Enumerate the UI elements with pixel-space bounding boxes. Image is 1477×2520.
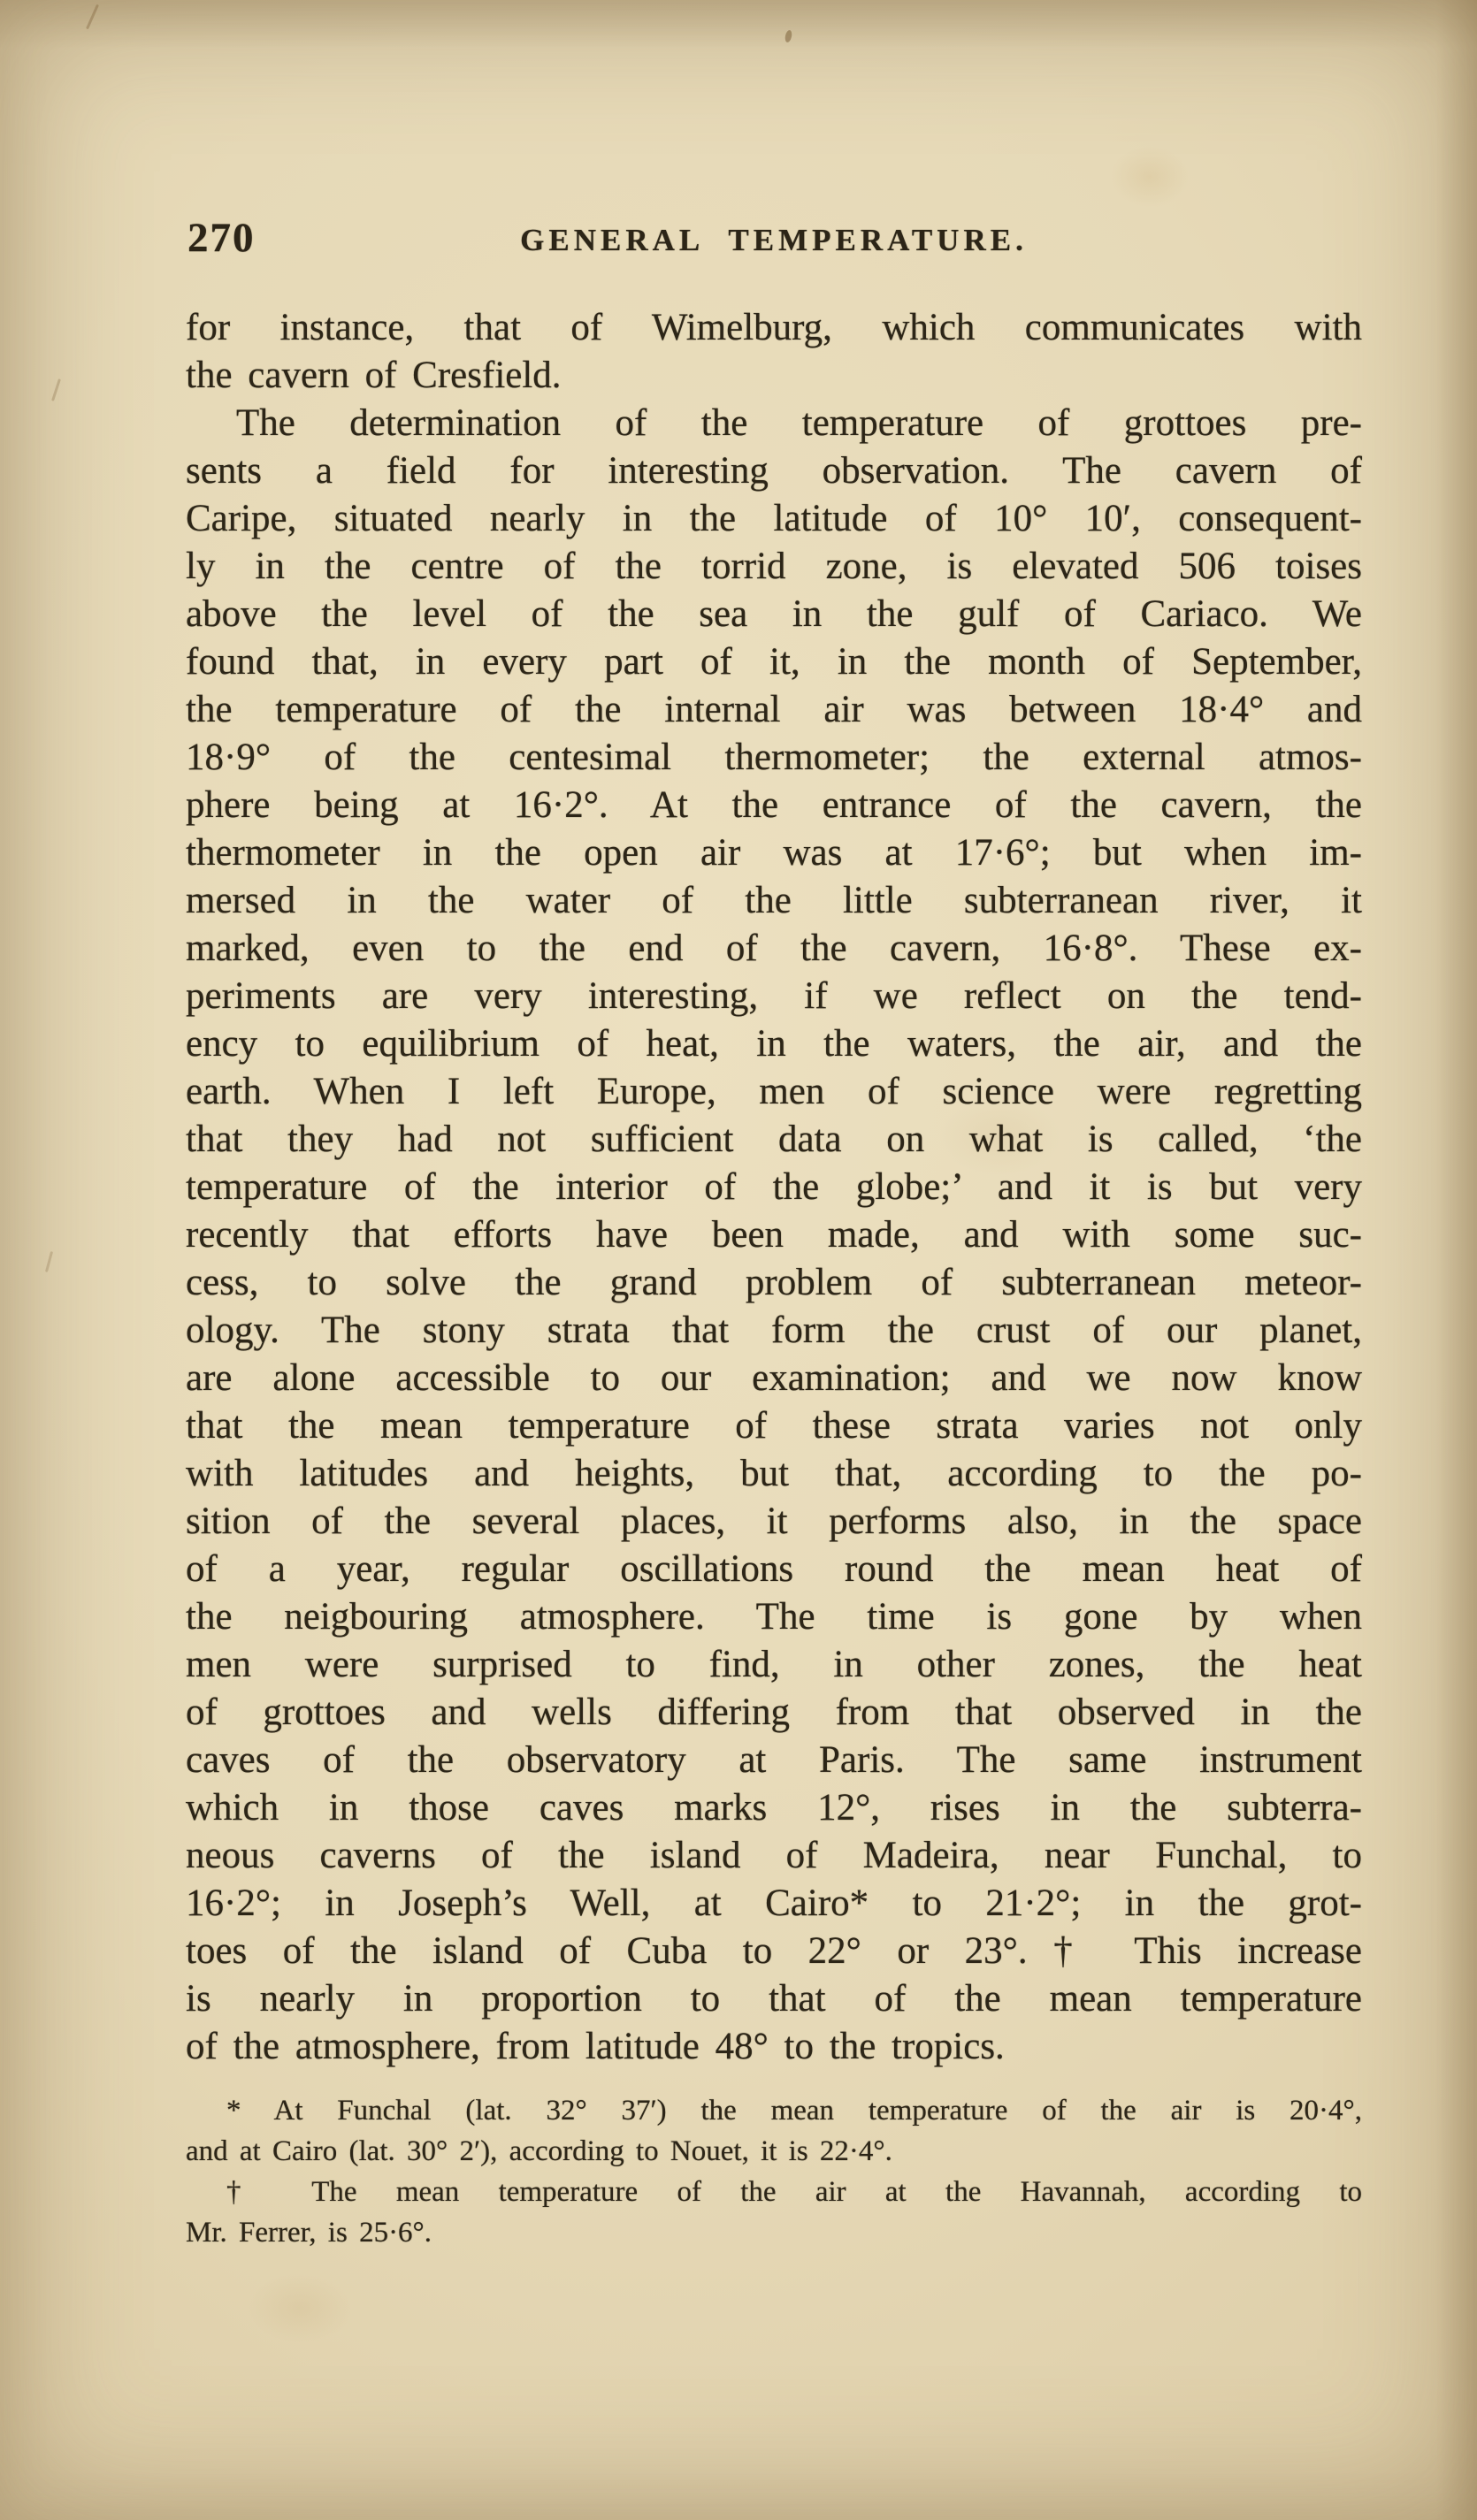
body-line: that the mean temperature of these strat…: [186, 1402, 1362, 1450]
body-line: periments are very interesting, if we re…: [186, 973, 1362, 1020]
paper-edge-shading: [0, 0, 1477, 49]
body-line: is nearly in proportion to that of the m…: [186, 1975, 1362, 2023]
body-line: neous caverns of the island of Madeira, …: [186, 1832, 1362, 1880]
body-line: which in those caves marks 12°, rises in…: [186, 1784, 1362, 1832]
footnote-line: Mr. Ferrer, is 25·6°.: [186, 2212, 1362, 2253]
body-line: the neigbouring atmosphere. The time is …: [186, 1593, 1362, 1641]
footnote-line: † The mean temperature of the air at the…: [186, 2172, 1362, 2212]
running-header-title: GENERAL TEMPERATURE.: [186, 223, 1362, 258]
body-line: The determination of the temperature of …: [186, 400, 1362, 447]
body-line: are alone accessible to our examination;…: [186, 1355, 1362, 1402]
body-line: marked, even to the end of the cavern, 1…: [186, 925, 1362, 973]
body-line: that they had not sufficient data on wha…: [186, 1116, 1362, 1164]
body-line: the cavern of Cresfield.: [186, 352, 1362, 400]
body-line: 18·9° of the centesimal thermometer; the…: [186, 734, 1362, 782]
body-line: above the level of the sea in the gulf o…: [186, 591, 1362, 638]
body-line: of grottoes and wells differing from tha…: [186, 1689, 1362, 1737]
footnotes: * At Funchal (lat. 32° 37′) the mean tem…: [186, 2090, 1362, 2253]
book-page-scan: 270 GENERAL TEMPERATURE. for instance, t…: [0, 0, 1477, 2520]
scan-speck: [86, 4, 99, 30]
body-line: Caripe, situated nearly in the latitude …: [186, 495, 1362, 543]
body-line: with latitudes and heights, but that, ac…: [186, 1450, 1362, 1498]
body-line: temperature of the interior of the globe…: [186, 1164, 1362, 1211]
body-line: mersed in the water of the little subter…: [186, 877, 1362, 925]
running-header: 270 GENERAL TEMPERATURE.: [186, 214, 1362, 263]
body-line: sition of the several places, it perform…: [186, 1498, 1362, 1546]
body-line: cess, to solve the grand problem of subt…: [186, 1259, 1362, 1307]
body-line: earth. When I left Europe, men of scienc…: [186, 1068, 1362, 1116]
body-line: phere being at 16·2°. At the entrance of…: [186, 782, 1362, 829]
body-line: toes of the island of Cuba to 22° or 23°…: [186, 1928, 1362, 1975]
body-text: for instance, that of Wimelburg, which c…: [186, 304, 1362, 2071]
paper-edge-shading: [1436, 0, 1477, 2520]
scan-speck: [784, 29, 793, 42]
footnote-line: * At Funchal (lat. 32° 37′) the mean tem…: [186, 2090, 1362, 2131]
body-line: ology. The stony strata that form the cr…: [186, 1307, 1362, 1355]
body-line: found that, in every part of it, in the …: [186, 638, 1362, 686]
scan-speck: [45, 1251, 53, 1272]
body-line: recently that efforts have been made, an…: [186, 1211, 1362, 1259]
paper-stain: [248, 2272, 354, 2343]
scan-speck: [51, 378, 61, 401]
body-line: men were surprised to find, in other zon…: [186, 1641, 1362, 1689]
body-line: for instance, that of Wimelburg, which c…: [186, 304, 1362, 352]
body-line: sents a field for interesting observatio…: [186, 447, 1362, 495]
body-line: ly in the centre of the torrid zone, is …: [186, 543, 1362, 591]
body-line: thermometer in the open air was at 17·6°…: [186, 829, 1362, 877]
body-line: of the atmosphere, from latitude 48° to …: [186, 2023, 1362, 2071]
body-line: of a year, regular oscillations round th…: [186, 1546, 1362, 1593]
body-line: caves of the observatory at Paris. The s…: [186, 1737, 1362, 1784]
footnote-line: and at Cairo (lat. 30° 2′), according to…: [186, 2131, 1362, 2172]
body-line: 16·2°; in Joseph’s Well, at Cairo* to 21…: [186, 1880, 1362, 1928]
paper-stain: [1110, 146, 1190, 208]
body-line: the temperature of the internal air was …: [186, 686, 1362, 734]
body-line: ency to equilibrium of heat, in the wate…: [186, 1020, 1362, 1068]
